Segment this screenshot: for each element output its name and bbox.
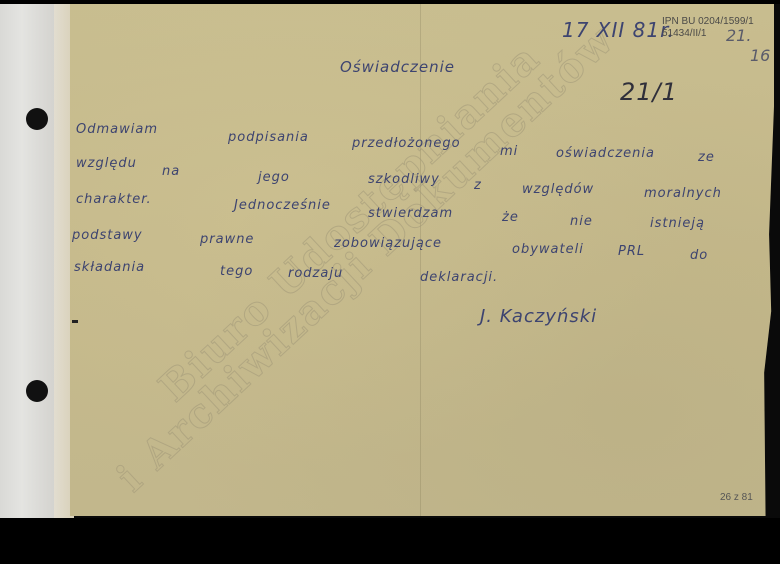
document-title: Oświadczenie xyxy=(340,58,455,76)
archive-stamp: IPN BU 0204/1599/1 51434/II/1 xyxy=(662,16,754,40)
body-word: obywateli xyxy=(512,242,584,257)
body-word: z xyxy=(474,178,482,193)
archive-subsignature: 51434/II/1 xyxy=(662,28,754,40)
body-word: prawne xyxy=(200,232,254,247)
watermark-line-2: i Archiwizacji Dokumentów xyxy=(108,16,623,501)
body-word: składania xyxy=(74,260,145,275)
body-word: do xyxy=(690,248,708,263)
body-word: przedłożonego xyxy=(352,136,461,151)
date-annotation: 17 XII 81r. xyxy=(562,18,675,42)
document-paper: Biuro Udostępniania i Archiwizacji Dokum… xyxy=(70,4,774,516)
body-word: charakter. xyxy=(76,192,152,207)
archive-signature: IPN BU 0204/1599/1 xyxy=(662,16,754,28)
body-word: zobowiązujące xyxy=(334,236,442,251)
body-word: podpisania xyxy=(228,130,309,145)
folio-number: 21/1 xyxy=(620,78,678,106)
body-word: względów xyxy=(522,182,594,197)
body-word: PRL xyxy=(618,244,645,259)
punch-hole-top xyxy=(26,108,48,130)
body-word: ze xyxy=(698,150,715,165)
body-word: nie xyxy=(570,214,593,229)
fold-line xyxy=(420,4,421,516)
edge-mark xyxy=(72,320,78,323)
body-word: moralnych xyxy=(644,186,722,201)
scanned-page: Biuro Udostępniania i Archiwizacji Dokum… xyxy=(0,4,780,518)
body-word: rodzaju xyxy=(288,266,343,281)
watermark-line-1: Biuro Udostępniania xyxy=(150,34,549,411)
body-word: szkodliwy xyxy=(368,172,440,187)
page-counter: 26 z 81 xyxy=(720,492,753,503)
body-word: Odmawiam xyxy=(76,122,158,137)
body-word: względu xyxy=(76,156,137,171)
body-word: stwierdzam xyxy=(368,206,453,221)
body-word: istnieją xyxy=(650,216,705,231)
body-word: jego xyxy=(258,170,290,185)
body-word: oświadczenia xyxy=(556,146,655,161)
corner-number-b: 16 xyxy=(750,46,770,65)
body-word: deklaracji. xyxy=(420,270,498,285)
body-word: podstawy xyxy=(72,228,143,243)
punch-hole-bottom xyxy=(26,380,48,402)
body-word: że xyxy=(502,210,519,225)
binder-strip xyxy=(0,4,54,518)
body-word: Jednocześnie xyxy=(234,198,331,213)
signature: J. Kaczyński xyxy=(480,306,597,327)
body-word: tego xyxy=(220,264,253,279)
body-word: na xyxy=(162,164,180,179)
body-word: mi xyxy=(500,144,518,159)
